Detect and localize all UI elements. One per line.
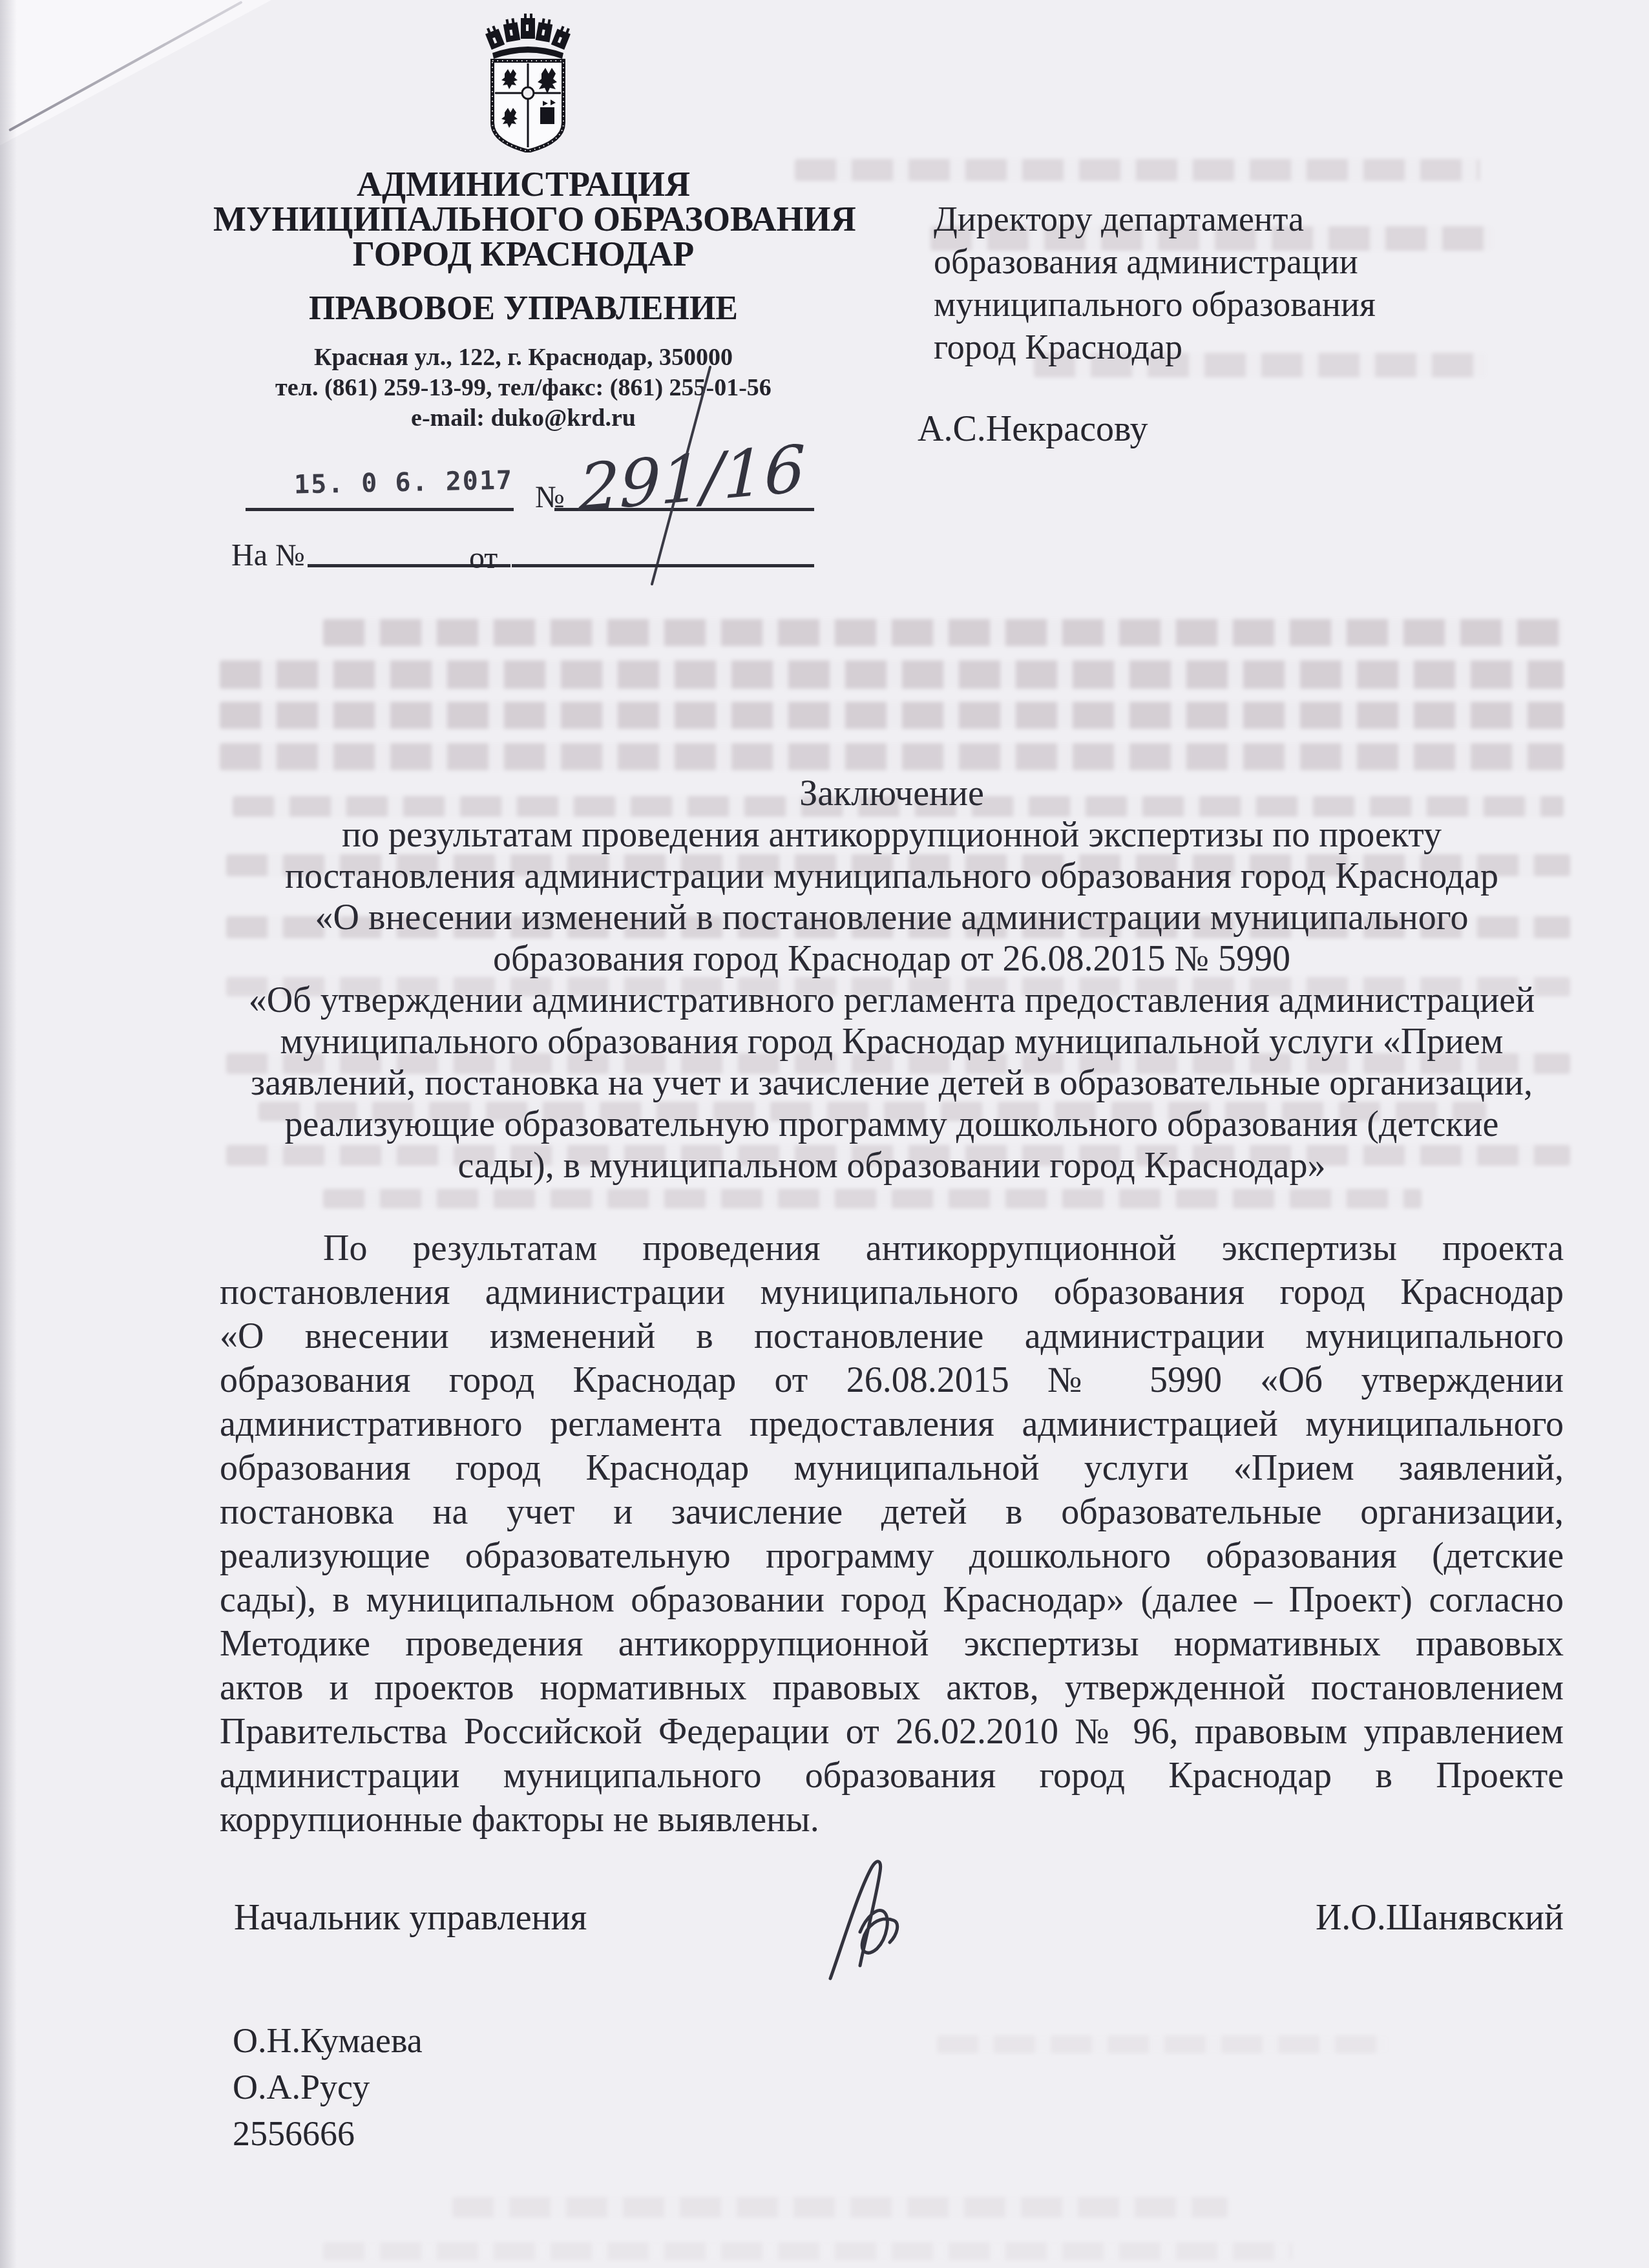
body-line: Правительства Российской Федерации от 26… [220,1710,1564,1754]
title-line: по результатам проведения антикоррупцион… [220,814,1564,856]
scanned-letter-page: АДМИНИСТРАЦИЯМУНИЦИПАЛЬНОГО ОБРАЗОВАНИЯГ… [0,0,1649,2268]
bleed-through-text-artifact [937,2035,1389,2053]
recipient-line: образования администрации [934,240,1515,283]
letterhead-address-block: Красная ул., 122, г. Краснодар, 350000те… [213,342,834,434]
recipient-line: муниципального образования [934,283,1515,326]
executor-phone: 2556666 [233,2110,423,2157]
body-line: постановления администрации муниципально… [220,1270,1564,1314]
title-line: постановления администрации муниципально… [220,856,1564,897]
title-line: муниципального образования город Краснод… [220,1021,1564,1062]
title-line: образования город Краснодар от 26.08.201… [220,938,1564,980]
handwritten-number: 291/16 [578,430,806,526]
letterhead-address-line: Красная ул., 122, г. Краснодар, 350000 [213,342,834,373]
signatory-name: И.О.Шанявский [1316,1897,1564,1938]
body-line: Методике проведения антикоррупционной эк… [220,1622,1564,1666]
reply-to-label: На № [231,538,305,573]
bleed-through-text-artifact [452,2197,1228,2218]
letterhead-org-line: ГОРОД КРАСНОДАР [213,236,834,271]
document-body: По результатам проведения антикоррупцион… [220,1226,1564,1842]
krasnodar-coat-of-arms [479,10,576,152]
body-line: По результатам проведения антикоррупцион… [220,1226,1564,1270]
signatory-position: Начальник управления [234,1897,587,1938]
letterhead-address-line: тел. (861) 259-13-99, тел/факс: (861) 25… [213,373,834,403]
executor-name: О.А.Русу [233,2064,423,2110]
letterhead-department: ПРАВОВОЕ УПРАВЛЕНИЕ [213,292,834,326]
letterhead-org-line: МУНИЦИПАЛЬНОГО ОБРАЗОВАНИЯ [213,202,834,236]
bleed-through-text-artifact [323,619,1564,646]
bleed-through-text-artifact [795,159,1480,181]
bleed-through-text-artifact [220,660,1564,689]
reply-from-label: от [469,540,498,576]
recipient-name: А.С.Некрасову [918,408,1148,450]
footer-executors: О.Н.Кумаева О.А.Русу 2556666 [233,2017,423,2157]
body-line: постановка на учет и зачисление детей в … [220,1490,1564,1534]
letterhead-org-line: АДМИНИСТРАЦИЯ [213,167,834,202]
bleed-through-text-artifact [220,702,1564,729]
page-edge-shadow [0,0,17,2268]
bleed-through-text-artifact [323,1189,1422,1208]
body-line: сады), в муниципальном образовании город… [220,1578,1564,1622]
body-line: образования город Краснодар муниципально… [220,1446,1564,1490]
body-line: «О внесении изменений в постановление ад… [220,1314,1564,1358]
recipient-line: город Краснодар [934,326,1515,368]
title-line: «О внесении изменений в постановление ад… [220,897,1564,938]
title-line: сады), в муниципальном образовании город… [220,1145,1564,1186]
executor-name: О.Н.Кумаева [233,2017,423,2064]
letterhead-address-line: e-mail: duko@krd.ru [213,403,834,434]
recipient-line: Директору департамента [934,198,1515,240]
body-line: административного регламента предоставле… [220,1402,1564,1446]
bleed-through-text-artifact [220,743,1564,770]
reply-date-blank-line [512,564,814,567]
page-corner-fold-artifact [0,0,271,145]
body-line: актов и проектов нормативных правовых ак… [220,1666,1564,1710]
bleed-through-text-artifact [323,2242,1292,2260]
body-line: реализующие образовательную программу до… [220,1534,1564,1578]
title-line: «Об утверждении административного реглам… [220,980,1564,1021]
letterhead: АДМИНИСТРАЦИЯМУНИЦИПАЛЬНОГО ОБРАЗОВАНИЯГ… [213,167,834,434]
title-line: Заключение [220,773,1564,814]
date-stamp: 15. 0 6. 2017 [294,465,514,499]
body-line: коррупционные факторы не выявлены. [220,1798,1564,1842]
body-line: образования город Краснодар от 26.08.201… [220,1358,1564,1402]
handwritten-signature [811,1852,927,1994]
title-line: реализующие образовательную программу до… [220,1104,1564,1145]
date-blank-line [246,508,514,511]
title-line: заявлений, постановка на учет и зачислен… [220,1062,1564,1104]
body-line: администрации муниципального образования… [220,1754,1564,1798]
recipient-block: Директору департаментаобразования админи… [934,198,1515,368]
document-title: Заключениепо результатам проведения анти… [220,773,1564,1186]
letterhead-org-block: АДМИНИСТРАЦИЯМУНИЦИПАЛЬНОГО ОБРАЗОВАНИЯГ… [213,167,834,271]
